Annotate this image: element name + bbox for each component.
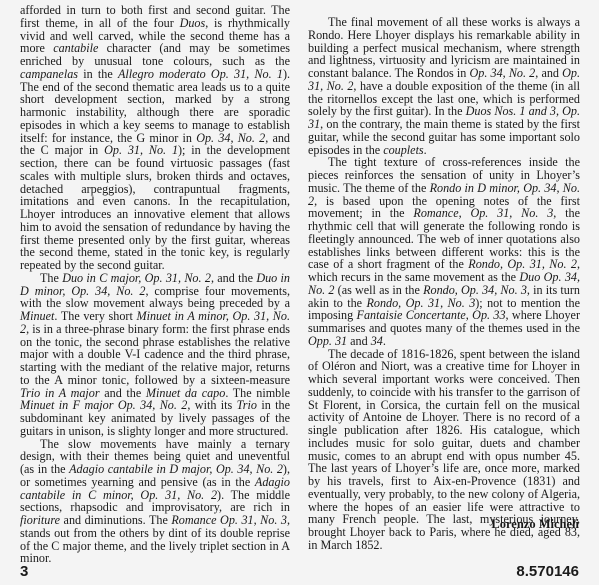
paragraph: The final movement of all these works is…: [308, 16, 580, 156]
page-number: 3: [20, 563, 28, 580]
paragraph: afforded in turn to both first and secon…: [20, 4, 290, 272]
paragraph: The slow movements have mainly a ternary…: [20, 438, 290, 566]
paragraph: The Duo in C major, Op. 31, No. 2, and t…: [20, 272, 290, 438]
left-text-column: afforded in turn to both first and secon…: [20, 4, 290, 565]
catalog-number: 8.570146: [516, 563, 579, 580]
right-text-column: The final movement of all these works is…: [308, 4, 580, 552]
paragraph: The tight texture of cross-references in…: [308, 156, 580, 347]
author-signature: Lorenzo Micheli: [491, 517, 579, 532]
